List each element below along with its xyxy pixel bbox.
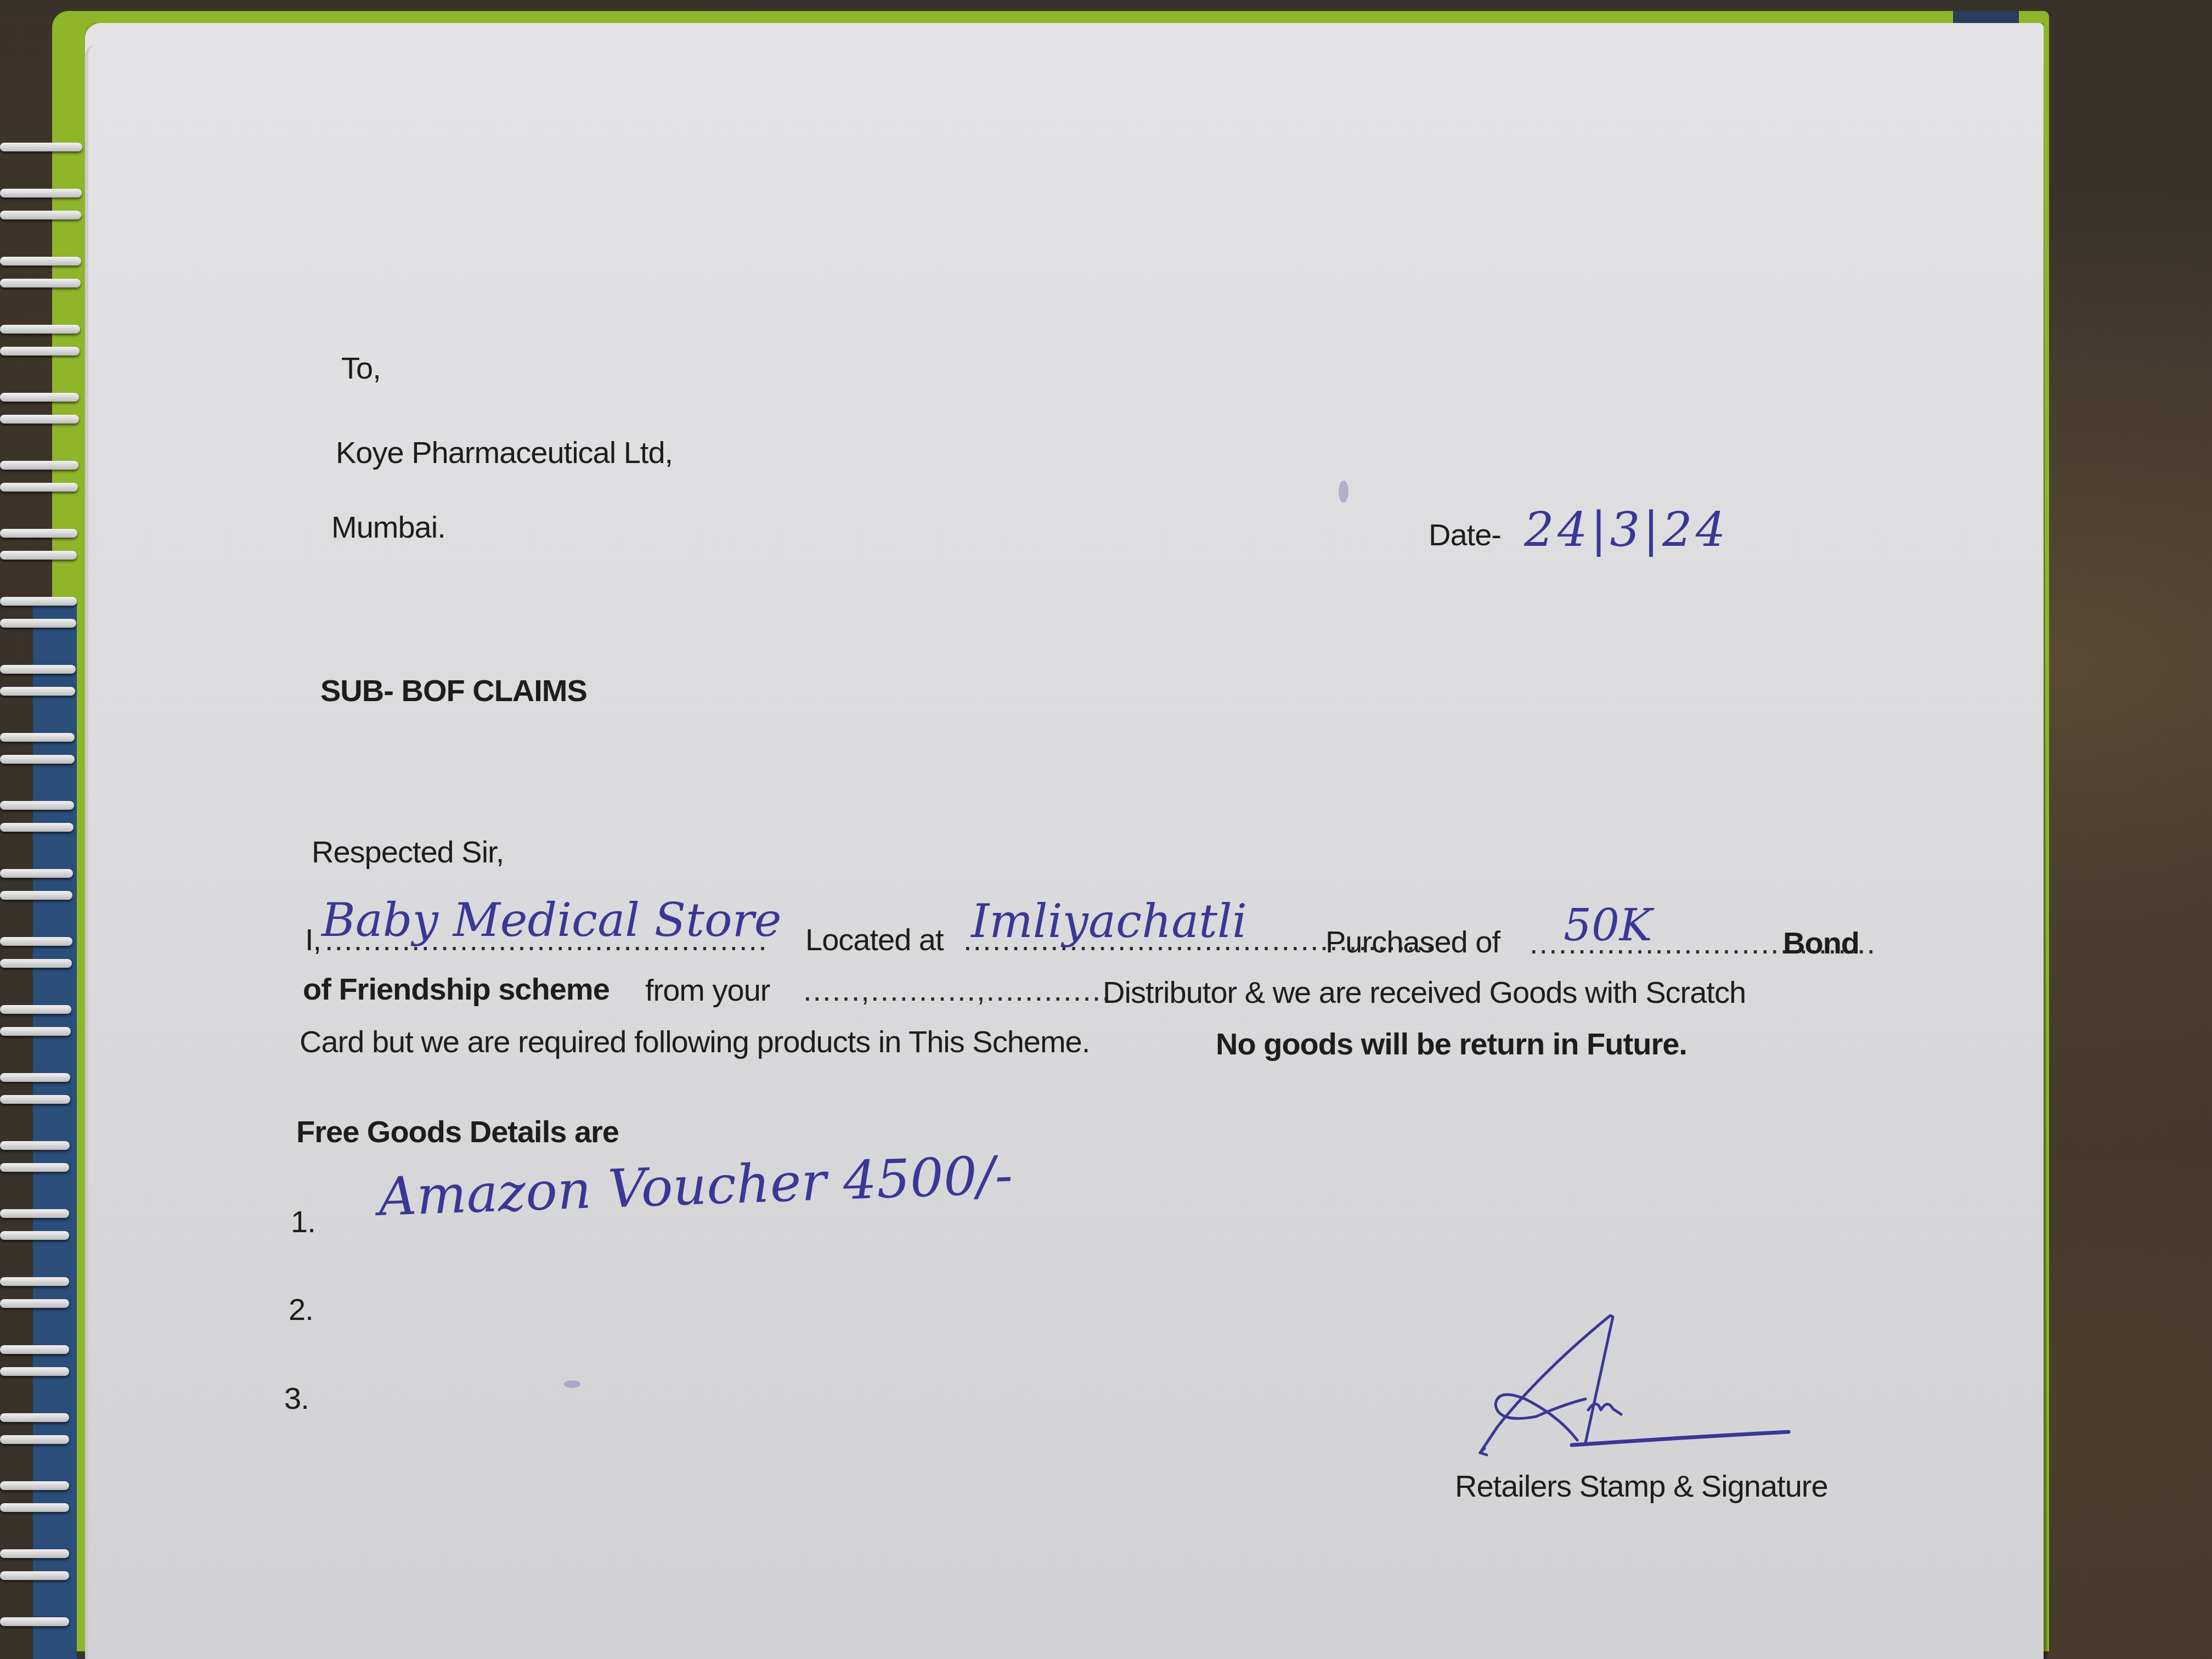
spiral-ring [0,1367,69,1376]
spiral-ring [0,1549,69,1558]
signature-label: Retailers Stamp & Signature [1455,1468,1828,1504]
body-line-3: Card but we are required following produ… [300,1024,1090,1059]
subject-line: SUB- BOF CLAIMS [320,673,587,708]
spiral-ring [0,529,77,538]
spiral-ring [0,1163,69,1172]
spiral-ring [0,687,75,696]
spiral-ring [0,483,78,492]
spiral-ring [0,1141,70,1150]
spiral-ring [0,1435,69,1444]
free-goods-item-number: 3. [284,1380,309,1416]
distributor-blank[interactable]: ......,...........,............. [803,972,1111,1008]
spiral-ring [0,1073,70,1082]
spiral-ring [0,1231,69,1240]
ink-smudge [1339,481,1348,503]
spiral-ring [0,891,72,900]
body-line-1-prefix: I, [305,922,321,957]
spiral-ring [0,1345,69,1354]
spiral-ring [0,1503,69,1512]
spiral-ring [0,551,77,560]
spiral-binding [0,77,82,1659]
spiral-ring [0,415,79,424]
spiral-ring [0,869,73,878]
spiral-ring [0,619,76,628]
spiral-ring [0,461,78,470]
date-label: Date- [1429,517,1501,552]
spiral-ring [0,143,82,151]
spiral-ring [0,1095,70,1104]
spiral-ring [0,937,72,946]
spiral-ring [0,325,80,334]
salutation: Respected Sir, [312,834,504,870]
ink-smudge [564,1380,580,1388]
spiral-ring [0,347,80,356]
spiral-ring [0,597,77,606]
recipient-city: Mumbai. [331,509,445,545]
spiral-ring [0,755,75,764]
spiral-ring [0,189,82,198]
bond-label: Bond [1783,925,1859,961]
free-goods-item-number: 2. [289,1291,313,1327]
spiral-ring [0,1617,69,1626]
to-label: To, [341,350,381,386]
spiral-ring [0,665,76,674]
purchase-amount-field[interactable]: 50K [1564,900,1652,951]
no-return-notice: No goods will be return in Future. [1216,1026,1687,1062]
retailer-name-field[interactable]: Baby Medical Store [321,893,782,947]
located-at-label: Located at [805,922,944,957]
spiral-ring [0,823,74,832]
spiral-ring [0,733,75,742]
spiral-ring [0,801,74,810]
spiral-ring [0,1413,69,1422]
spiral-ring [0,1277,69,1286]
spiral-ring [0,257,81,266]
spiral-ring [0,211,81,219]
spiral-ring [0,393,79,402]
purchased-of-label: Purchased of [1325,924,1500,960]
body-line-2: Distributor & we are received Goods with… [1103,974,1746,1010]
free-goods-heading: Free Goods Details are [296,1114,619,1149]
spiral-ring [0,1571,69,1580]
free-goods-item-number: 1. [291,1204,315,1239]
recipient-company: Koye Pharmaceutical Ltd, [336,435,673,470]
spiral-ring [0,1299,69,1308]
from-your-label: from your [645,972,770,1008]
spiral-ring [0,1005,71,1014]
spiral-ring [0,279,81,287]
date-value[interactable]: 24|3|24 [1524,503,1729,557]
spiral-ring [0,1481,69,1490]
retailer-signature[interactable] [1476,1306,1816,1459]
scheme-name: of Friendship scheme [303,971,610,1007]
stacked-page-edges [85,45,121,1659]
spiral-ring [0,1027,71,1036]
spiral-ring [0,959,72,968]
spiral-ring [0,1209,69,1218]
location-field[interactable]: Imliyachatli [971,894,1247,948]
